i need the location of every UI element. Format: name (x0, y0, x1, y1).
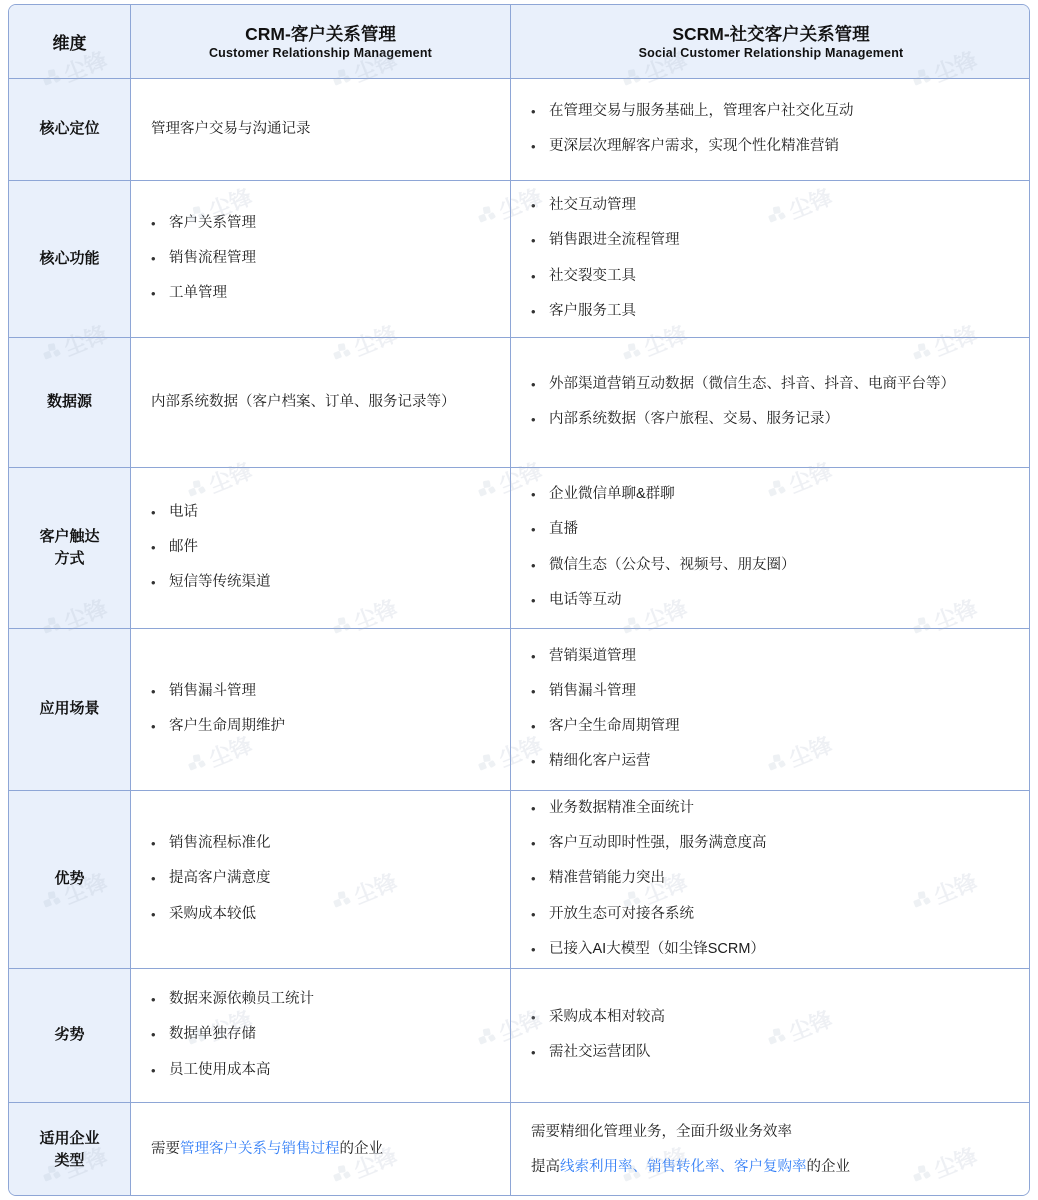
bullet-icon: • (531, 716, 549, 738)
bullet-icon: • (151, 1024, 169, 1046)
crm-column-title: CRM-客户关系管理 (245, 23, 396, 46)
crm-bullet-list: •电话•邮件•短信等传统渠道 (151, 495, 492, 600)
bullet-item: •社交裂变工具 (531, 266, 1013, 288)
row-label: 应用场景 (39, 698, 99, 721)
bullet-icon: • (531, 1007, 549, 1029)
scrm-bullet-list: •社交互动管理•销售跟进全流程管理•社交裂变工具•客户服务工具 (531, 189, 1013, 329)
bullet-icon: • (151, 868, 169, 890)
crm-cell: 管理客户交易与沟通记录 (131, 79, 511, 181)
scrm-cell: •业务数据精准全面统计•客户互动即时性强，服务满意度高•精准营销能力突出•开放生… (511, 791, 1030, 969)
bullet-text: 需社交运营团队 (549, 1042, 651, 1064)
bullet-text: 业务数据精准全面统计 (549, 798, 694, 820)
bullet-icon: • (531, 101, 549, 123)
bullet-text: 直播 (549, 519, 578, 541)
header-crm: CRM-客户关系管理 Customer Relationship Managem… (131, 5, 511, 79)
bullet-icon: • (531, 833, 549, 855)
bullet-item: •客户关系管理 (151, 213, 492, 235)
bullet-text: 销售漏斗管理 (549, 681, 636, 703)
bullet-icon: • (531, 301, 549, 323)
row-label: 核心功能 (39, 248, 99, 271)
bullet-item: •营销渠道管理 (531, 646, 1013, 668)
bullet-icon: • (531, 374, 549, 396)
bullet-text: 外部渠道营销互动数据（微信生态、抖音、抖音、电商平台等） (549, 374, 955, 396)
scrm-bullet-list: •营销渠道管理•销售漏斗管理•客户全生命周期管理•精细化客户运营 (531, 639, 1013, 779)
bullet-text: 提高客户满意度 (169, 868, 271, 890)
bullet-item: •员工使用成本高 (151, 1060, 492, 1082)
bullet-icon: • (151, 283, 169, 305)
bullet-text: 客户关系管理 (169, 213, 256, 235)
crm-cell: •客户关系管理•销售流程管理•工单管理 (131, 181, 511, 338)
bullet-item: •精细化客户运营 (531, 751, 1013, 773)
bullet-item: •企业微信单聊&群聊 (531, 484, 1013, 506)
bullet-text: 采购成本较低 (169, 904, 256, 926)
bullet-icon: • (531, 590, 549, 612)
bullet-item: •短信等传统渠道 (151, 572, 492, 594)
bullet-item: •内部系统数据（客户旅程、交易、服务记录） (531, 409, 1013, 431)
bullet-text: 短信等传统渠道 (169, 572, 271, 594)
row-label-cell: 核心功能 (9, 181, 131, 338)
bullet-item: •数据来源依赖员工统计 (151, 989, 492, 1011)
bullet-icon: • (531, 555, 549, 577)
bullet-item: •直播 (531, 519, 1013, 541)
bullet-item: •电话 (151, 502, 492, 524)
bullet-icon: • (531, 904, 549, 926)
bullet-icon: • (531, 136, 549, 158)
crm-cell: •电话•邮件•短信等传统渠道 (131, 468, 511, 629)
scrm-bullet-list: •外部渠道营销互动数据（微信生态、抖音、抖音、电商平台等）•内部系统数据（客户旅… (531, 367, 1013, 437)
row-label-cell: 优势 (9, 791, 131, 969)
bullet-icon: • (531, 939, 549, 961)
row-label-cell: 数据源 (9, 338, 131, 468)
bullet-icon: • (531, 484, 549, 506)
bullet-item: •业务数据精准全面统计 (531, 798, 1013, 820)
bullet-icon: • (151, 833, 169, 855)
crm-cell: •销售流程标准化•提高客户满意度•采购成本较低 (131, 791, 511, 969)
bullet-text: 邮件 (169, 537, 198, 559)
bullet-icon: • (531, 681, 549, 703)
bullet-text: 精准营销能力突出 (549, 868, 665, 890)
crm-cell: •销售漏斗管理•客户生命周期维护 (131, 629, 511, 791)
bullet-item: •提高客户满意度 (151, 868, 492, 890)
bullet-item: •客户服务工具 (531, 301, 1013, 323)
bullet-text: 客户互动即时性强，服务满意度高 (549, 833, 767, 855)
highlighted-link-text[interactable]: 线索利用率、销售转化率、客户复购率 (560, 1159, 807, 1175)
bullet-text: 数据单独存储 (169, 1024, 256, 1046)
row-label-cell: 核心定位 (9, 79, 131, 181)
scrm-column-title: SCRM-社交客户关系管理 (672, 23, 869, 46)
bullet-icon: • (151, 904, 169, 926)
comparison-table: 维度 CRM-客户关系管理 Customer Relationship Mana… (8, 4, 1030, 1196)
bullet-icon: • (151, 716, 169, 738)
bullet-item: •客户生命周期维护 (151, 716, 492, 738)
row-label: 劣势 (54, 1024, 84, 1047)
scrm-bullet-list: •在管理交易与服务基础上，管理客户社交化互动•更深层次理解客户需求，实现个性化精… (531, 94, 1013, 164)
bullet-item: •客户全生命周期管理 (531, 716, 1013, 738)
bullet-text: 微信生态（公众号、视频号、朋友圈） (549, 555, 796, 577)
bullet-item: •销售漏斗管理 (151, 681, 492, 703)
crm-bullet-list: •数据来源依赖员工统计•数据单独存储•员工使用成本高 (151, 983, 492, 1088)
bullet-icon: • (151, 502, 169, 524)
scrm-cell: •社交互动管理•销售跟进全流程管理•社交裂变工具•客户服务工具 (511, 181, 1030, 338)
scrm-bullet-list: •采购成本相对较高•需社交运营团队 (531, 1000, 1013, 1070)
crm-text: 内部系统数据（客户档案、订单、服务记录等） (151, 391, 492, 414)
header-scrm: SCRM-社交客户关系管理 Social Customer Relationsh… (511, 5, 1030, 79)
bullet-text: 销售流程管理 (169, 248, 256, 270)
bullet-item: •开放生态可对接各系统 (531, 904, 1013, 926)
bullet-item: •外部渠道营销互动数据（微信生态、抖音、抖音、电商平台等） (531, 374, 1013, 396)
bullet-icon: • (151, 681, 169, 703)
rich-text-segment: 的企业 (340, 1141, 384, 1157)
crm-cell: 需要管理客户关系与销售过程的企业 (131, 1103, 511, 1196)
bullet-item: •电话等互动 (531, 590, 1013, 612)
bullet-text: 更深层次理解客户需求，实现个性化精准营销 (549, 136, 839, 158)
bullet-text: 营销渠道管理 (549, 646, 636, 668)
crm-bullet-list: •客户关系管理•销售流程管理•工单管理 (151, 206, 492, 311)
bullet-item: •微信生态（公众号、视频号、朋友圈） (531, 555, 1013, 577)
bullet-item: •更深层次理解客户需求，实现个性化精准营销 (531, 136, 1013, 158)
bullet-text: 客户服务工具 (549, 301, 636, 323)
bullet-text: 员工使用成本高 (169, 1060, 271, 1082)
bullet-text: 销售流程标准化 (169, 833, 271, 855)
bullet-icon: • (151, 537, 169, 559)
bullet-icon: • (151, 572, 169, 594)
bullet-text: 销售漏斗管理 (169, 681, 256, 703)
row-label-cell: 应用场景 (9, 629, 131, 791)
scrm-cell: •在管理交易与服务基础上，管理客户社交化互动•更深层次理解客户需求，实现个性化精… (511, 79, 1030, 181)
crm-column-subtitle: Customer Relationship Management (209, 46, 432, 60)
row-label: 适用企业 类型 (39, 1128, 99, 1173)
bullet-text: 采购成本相对较高 (549, 1007, 665, 1029)
bullet-text: 客户全生命周期管理 (549, 716, 680, 738)
rich-text-segment: 的企业 (807, 1159, 851, 1175)
bullet-text: 企业微信单聊&群聊 (549, 484, 675, 506)
bullet-item: •需社交运营团队 (531, 1042, 1013, 1064)
bullet-text: 内部系统数据（客户旅程、交易、服务记录） (549, 409, 839, 431)
bullet-item: •客户互动即时性强，服务满意度高 (531, 833, 1013, 855)
bullet-text: 已接入AI大模型（如尘锋SCRM） (549, 939, 765, 961)
row-label-cell: 客户触达 方式 (9, 468, 131, 629)
bullet-text: 销售跟进全流程管理 (549, 230, 680, 252)
scrm-cell: •采购成本相对较高•需社交运营团队 (511, 969, 1030, 1103)
scrm-bullet-list: •企业微信单聊&群聊•直播•微信生态（公众号、视频号、朋友圈）•电话等互动 (531, 478, 1013, 618)
bullet-icon: • (151, 248, 169, 270)
bullet-icon: • (151, 989, 169, 1011)
bullet-icon: • (531, 195, 549, 217)
bullet-text: 精细化客户运营 (549, 751, 651, 773)
bullet-text: 在管理交易与服务基础上，管理客户社交化互动 (549, 101, 854, 123)
bullet-text: 工单管理 (169, 283, 227, 305)
bullet-item: •工单管理 (151, 283, 492, 305)
bullet-item: •已接入AI大模型（如尘锋SCRM） (531, 939, 1013, 961)
bullet-item: •销售流程标准化 (151, 833, 492, 855)
rich-text-line: 需要管理客户关系与销售过程的企业 (151, 1138, 492, 1161)
crm-cell: •数据来源依赖员工统计•数据单独存储•员工使用成本高 (131, 969, 511, 1103)
rich-text-line: 需要精细化管理业务，全面升级业务效率 (531, 1121, 1013, 1144)
rich-text-line: 提高线索利用率、销售转化率、客户复购率的企业 (531, 1156, 1013, 1179)
bullet-icon: • (531, 230, 549, 252)
bullet-item: •销售跟进全流程管理 (531, 230, 1013, 252)
crm-text: 管理客户交易与沟通记录 (151, 118, 492, 141)
rich-text-segment: 需要 (151, 1141, 180, 1157)
crm-scrm-comparison-infographic: 维度 CRM-客户关系管理 Customer Relationship Mana… (0, 0, 1038, 1200)
bullet-text: 社交互动管理 (549, 195, 636, 217)
bullet-item: •销售流程管理 (151, 248, 492, 270)
bullet-item: •销售漏斗管理 (531, 681, 1013, 703)
row-label-cell: 劣势 (9, 969, 131, 1103)
scrm-cell: •营销渠道管理•销售漏斗管理•客户全生命周期管理•精细化客户运营 (511, 629, 1030, 791)
row-label: 优势 (54, 868, 84, 891)
bullet-icon: • (531, 868, 549, 890)
bullet-icon: • (151, 213, 169, 235)
bullet-icon: • (531, 519, 549, 541)
row-label-cell: 适用企业 类型 (9, 1103, 131, 1196)
crm-bullet-list: •销售漏斗管理•客户生命周期维护 (151, 674, 492, 744)
bullet-text: 开放生态可对接各系统 (549, 904, 694, 926)
bullet-item: •采购成本相对较高 (531, 1007, 1013, 1029)
bullet-icon: • (531, 751, 549, 773)
bullet-icon: • (531, 646, 549, 668)
bullet-item: •采购成本较低 (151, 904, 492, 926)
bullet-text: 数据来源依赖员工统计 (169, 989, 314, 1011)
bullet-text: 电话 (169, 502, 198, 524)
row-label: 数据源 (47, 391, 92, 414)
scrm-cell: 需要精细化管理业务，全面升级业务效率提高线索利用率、销售转化率、客户复购率的企业 (511, 1103, 1030, 1196)
scrm-bullet-list: •业务数据精准全面统计•客户互动即时性强，服务满意度高•精准营销能力突出•开放生… (531, 792, 1013, 967)
scrm-cell: •外部渠道营销互动数据（微信生态、抖音、抖音、电商平台等）•内部系统数据（客户旅… (511, 338, 1030, 468)
bullet-item: •邮件 (151, 537, 492, 559)
bullet-item: •精准营销能力突出 (531, 868, 1013, 890)
bullet-icon: • (531, 798, 549, 820)
row-label: 核心定位 (39, 118, 99, 141)
crm-cell: 内部系统数据（客户档案、订单、服务记录等） (131, 338, 511, 468)
header-dimension: 维度 (9, 5, 131, 79)
scrm-cell: •企业微信单聊&群聊•直播•微信生态（公众号、视频号、朋友圈）•电话等互动 (511, 468, 1030, 629)
rich-text-segment: 提高 (531, 1159, 560, 1175)
rich-text-segment: 需要精细化管理业务，全面升级业务效率 (531, 1124, 792, 1140)
crm-bullet-list: •销售流程标准化•提高客户满意度•采购成本较低 (151, 827, 492, 932)
dimension-title: 维度 (53, 29, 87, 54)
bullet-icon: • (531, 1042, 549, 1064)
bullet-text: 客户生命周期维护 (169, 716, 285, 738)
bullet-text: 电话等互动 (549, 590, 622, 612)
highlighted-link-text[interactable]: 管理客户关系与销售过程 (180, 1141, 340, 1157)
bullet-icon: • (151, 1060, 169, 1082)
bullet-text: 社交裂变工具 (549, 266, 636, 288)
bullet-item: •在管理交易与服务基础上，管理客户社交化互动 (531, 101, 1013, 123)
bullet-icon: • (531, 266, 549, 288)
row-label: 客户触达 方式 (39, 526, 99, 571)
bullet-icon: • (531, 409, 549, 431)
bullet-item: •社交互动管理 (531, 195, 1013, 217)
bullet-item: •数据单独存储 (151, 1024, 492, 1046)
scrm-column-subtitle: Social Customer Relationship Management (639, 46, 904, 60)
